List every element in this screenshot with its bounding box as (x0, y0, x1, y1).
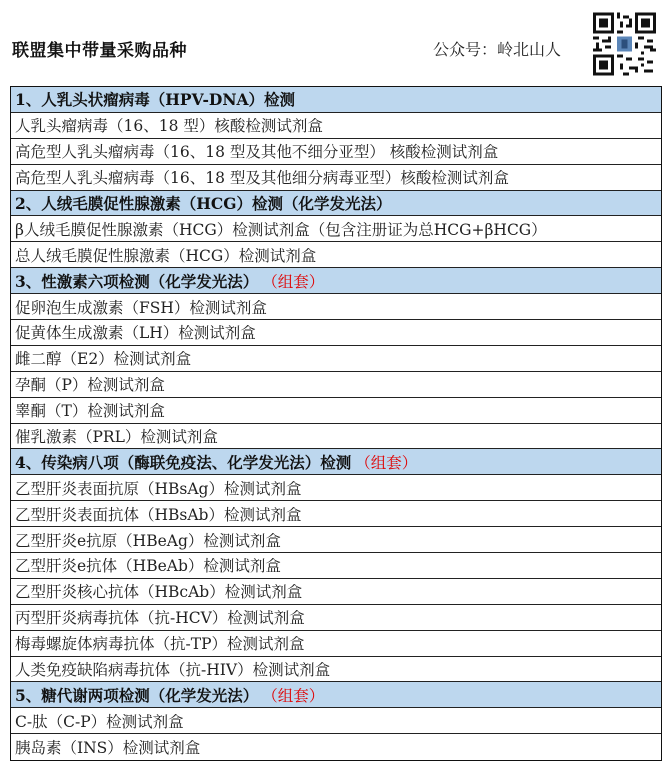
item-label: 乙型肝炎表面抗原（HBsAg）检测试剂盒 (15, 477, 301, 499)
item-label: 高危型人乳头瘤病毒（16、18 型及其他不细分亚型） 核酸检测试剂盒 (15, 140, 498, 162)
section-header-hcg: 2、人绒毛膜促性腺激素（HCG）检测（化学发光法） (11, 191, 661, 217)
table-row: 促黄体生成激素（LH）检测试剂盒 (11, 320, 661, 346)
item-label: 丙型肝炎病毒抗体（抗-HCV）检测试剂盒 (15, 606, 305, 628)
section-header-sex-hormones: 3、性激素六项检测（化学发光法） （组套） (11, 268, 661, 294)
item-label: 催乳激素（PRL）检测试剂盒 (15, 425, 218, 447)
table-row: 人类免疫缺陷病毒抗体（抗-HIV）检测试剂盒 (11, 657, 661, 683)
item-label: 乙型肝炎e抗原（HBeAg）检测试剂盒 (15, 529, 281, 551)
table-row: 促卵泡生成激素（FSH）检测试剂盒 (11, 294, 661, 320)
account-label: 公众号：岭北山人 (433, 37, 561, 60)
table-row: 乙型肝炎e抗体（HBeAb）检测试剂盒 (11, 553, 661, 579)
section-title: 3、性激素六项检测（化学发光法） (15, 270, 258, 292)
section-header-infectious: 4、传染病八项（酶联免疫法、化学发光法）检测 （组套） (11, 449, 661, 475)
item-label: 乙型肝炎表面抗体（HBsAb）检测试剂盒 (15, 503, 301, 525)
bundle-tag: （组套） (262, 270, 324, 292)
item-label: 雌二醇（E2）检测试剂盒 (15, 347, 191, 369)
table-row: 总人绒毛膜促性腺激素（HCG）检测试剂盒 (11, 242, 661, 268)
item-label: 人乳头瘤病毒（16、18 型）核酸检测试剂盒 (15, 114, 323, 136)
table-row: 乙型肝炎e抗原（HBeAg）检测试剂盒 (11, 527, 661, 553)
table-row: 孕酮（P）检测试剂盒 (11, 372, 661, 398)
table-row: 人乳头瘤病毒（16、18 型）核酸检测试剂盒 (11, 113, 661, 139)
item-label: 促卵泡生成激素（FSH）检测试剂盒 (15, 296, 267, 318)
item-label: 总人绒毛膜促性腺激素（HCG）检测试剂盒 (15, 244, 316, 266)
page-title: 联盟集中带量采购品种 (12, 36, 187, 61)
bundle-tag: （组套） (355, 451, 417, 473)
item-label: 睾酮（T）检测试剂盒 (15, 399, 165, 421)
table-row: 催乳激素（PRL）检测试剂盒 (11, 424, 661, 450)
section-title: 2、人绒毛膜促性腺激素（HCG）检测（化学发光法） (15, 192, 392, 214)
product-table: 1、人乳头状瘤病毒（HPV-DNA）检测 人乳头瘤病毒（16、18 型）核酸检测… (10, 86, 662, 761)
table-row: 梅毒螺旋体病毒抗体（抗-TP）检测试剂盒 (11, 631, 661, 657)
table-row: 乙型肝炎核心抗体（HBcAb）检测试剂盒 (11, 579, 661, 605)
item-label: 人类免疫缺陷病毒抗体（抗-HIV）检测试剂盒 (15, 658, 330, 680)
table-row: 雌二醇（E2）检测试剂盒 (11, 346, 661, 372)
table-row: 高危型人乳头瘤病毒（16、18 型及其他细分病毒亚型）核酸检测试剂盒 (11, 165, 661, 191)
section-title: 4、传染病八项（酶联免疫法、化学发光法）检测 (15, 451, 351, 473)
item-label: 梅毒螺旋体病毒抗体（抗-TP）检测试剂盒 (15, 632, 305, 654)
item-label: 高危型人乳头瘤病毒（16、18 型及其他细分病毒亚型）核酸检测试剂盒 (15, 166, 509, 188)
item-label: 促黄体生成激素（LH）检测试剂盒 (15, 321, 256, 343)
table-row: 胰岛素（INS）检测试剂盒 (11, 734, 661, 760)
item-label: 孕酮（P）检测试剂盒 (15, 373, 165, 395)
qr-code-icon (593, 12, 656, 76)
table-row: 乙型肝炎表面抗体（HBsAb）检测试剂盒 (11, 501, 661, 527)
table-row: 高危型人乳头瘤病毒（16、18 型及其他不细分亚型） 核酸检测试剂盒 (11, 139, 661, 165)
item-label: β人绒毛膜促性腺激素（HCG）检测试剂盒（包含注册证为总HCG+βHCG） (15, 218, 547, 240)
item-label: 胰岛素（INS）检测试剂盒 (15, 736, 200, 758)
table-row: C-肽（C-P）检测试剂盒 (11, 708, 661, 734)
table-row: 乙型肝炎表面抗原（HBsAg）检测试剂盒 (11, 475, 661, 501)
section-header-glucose: 5、糖代谢两项检测（化学发光法） （组套） (11, 682, 661, 708)
table-row: β人绒毛膜促性腺激素（HCG）检测试剂盒（包含注册证为总HCG+βHCG） (11, 216, 661, 242)
item-label: C-肽（C-P）检测试剂盒 (15, 710, 184, 732)
item-label: 乙型肝炎e抗体（HBeAb）检测试剂盒 (15, 554, 281, 576)
section-title: 5、糖代谢两项检测（化学发光法） (15, 684, 258, 706)
section-header-hpv: 1、人乳头状瘤病毒（HPV-DNA）检测 (11, 87, 661, 113)
table-row: 丙型肝炎病毒抗体（抗-HCV）检测试剂盒 (11, 605, 661, 631)
section-title: 1、人乳头状瘤病毒（HPV-DNA）检测 (15, 88, 295, 110)
table-row: 睾酮（T）检测试剂盒 (11, 398, 661, 424)
item-label: 乙型肝炎核心抗体（HBcAb）检测试剂盒 (15, 580, 302, 602)
bundle-tag: （组套） (262, 684, 324, 706)
